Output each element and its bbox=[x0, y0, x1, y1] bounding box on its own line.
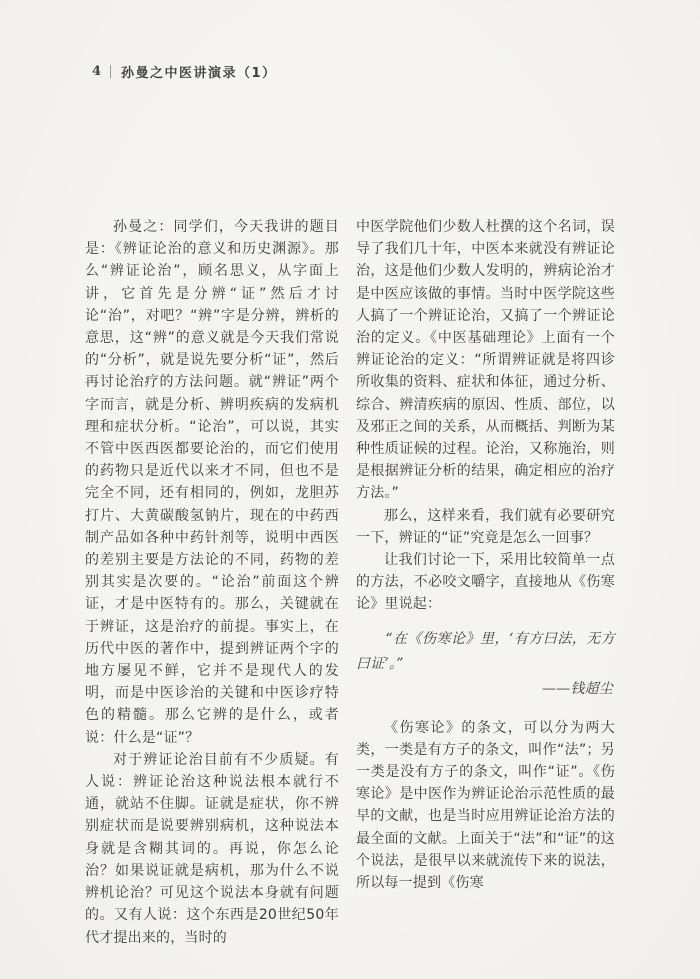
page-number: 4 bbox=[92, 64, 101, 79]
header-divider bbox=[110, 65, 111, 78]
paragraph-doubts-start: 对于辨证论治目前有不少质疑。有人说：辨证论治这种说法根本就行不通，就站不住脚。证… bbox=[85, 749, 339, 949]
paragraph-doubts-continued: 中医学院他们少数人杜撰的这个名词，误导了我们几十年，中医本来就没有辨证论治，这是… bbox=[356, 216, 615, 505]
right-column: 中医学院他们少数人杜撰的这个名词，误导了我们几十年，中医本来就没有辨证论治，这是… bbox=[356, 216, 615, 894]
paragraph-research-question: 那么，这样来看，我们就有必要研究一下，辨证的“证”究竟是怎么一回事？ bbox=[356, 505, 615, 549]
left-column: 孙曼之：同学们，今天我讲的题目是：《辨证论治的意义和历史渊源》。那么“辨证论治”… bbox=[85, 216, 339, 949]
paragraph-discussion-lead: 让我们讨论一下，采用比较简单一点的方法，不必咬文嚼字，直接地从《伤寒论》里说起： bbox=[356, 549, 615, 616]
running-head: 4 孙曼之中医讲演录（1） bbox=[92, 62, 277, 81]
paragraph-intro: 孙曼之：同学们，今天我讲的题目是：《辨证论治的意义和历史渊源》。那么“辨证论治”… bbox=[85, 216, 339, 749]
paragraph-shanghan-tiaowen: 《伤寒论》的条文，可以分为两大类，一类是有方子的条文，叫作“法”；另一类是没有方… bbox=[356, 717, 615, 895]
book-title: 孙曼之中医讲演录（1） bbox=[121, 62, 277, 81]
quote-attribution: ——钱超尘 bbox=[356, 677, 615, 702]
quote-block: “在《伤寒论》里，‘有方曰法，无方曰证’。” bbox=[356, 627, 615, 677]
